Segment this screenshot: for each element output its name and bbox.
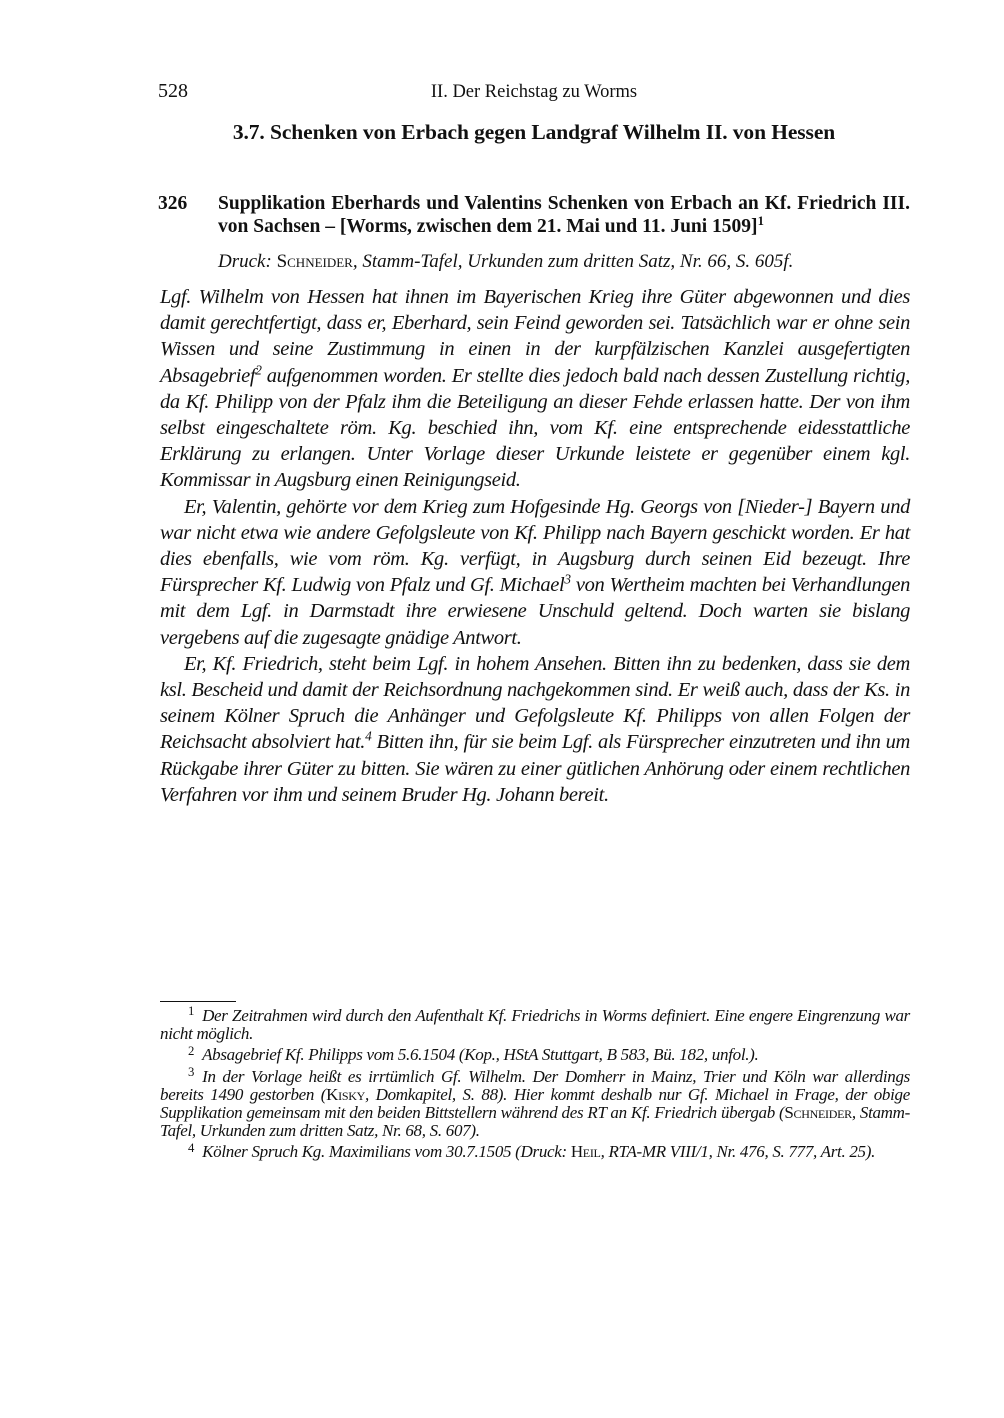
footnote-ref[interactable]: 1: [758, 214, 764, 228]
print-label: Druck:: [218, 251, 272, 272]
footnote-author: Schneider: [784, 1103, 851, 1122]
paragraph-text: aufgenommen worden. Er stellte dies jedo…: [160, 365, 910, 492]
print-reference: Druck: Schneider, Stamm-Tafel, Urkunden …: [218, 250, 910, 274]
section-heading: 3.7. Schenken von Erbach gegen Landgraf …: [158, 120, 910, 145]
print-author: Schneider: [277, 251, 353, 272]
footnote-text: Kölner Spruch Kg. Maximilians vom 30.7.1…: [202, 1142, 571, 1161]
document-title-text: Supplikation Eberhards und Valentins Sch…: [218, 193, 910, 237]
footnote-number: 4: [188, 1141, 194, 1155]
footnote-text: Absagebrief Kf. Philipps vom 5.6.1504 (K…: [202, 1045, 758, 1064]
footnote-3: 3In der Vorlage heißt es irrtümlich Gf. …: [160, 1068, 910, 1141]
book-page: 528 II. Der Reichstag zu Worms 3.7. Sche…: [0, 0, 1004, 1418]
footnote-divider: [160, 1001, 236, 1002]
footnote-text: , RTA-MR VIII/1, Nr. 476, S. 777, Art. 2…: [601, 1142, 876, 1161]
document-number: 326: [158, 192, 187, 215]
footnote-1: 1Der Zeitrahmen wird durch den Aufenthal…: [160, 1007, 910, 1043]
footnote-number: 2: [188, 1044, 194, 1058]
footnote-number: 1: [188, 1004, 194, 1018]
footnote-author: Kisky: [326, 1085, 365, 1104]
running-title: II. Der Reichstag zu Worms: [158, 82, 910, 103]
document-title: Supplikation Eberhards und Valentins Sch…: [218, 192, 910, 238]
footnote-author: Heil: [571, 1142, 601, 1161]
paragraph: Er, Kf. Friedrich, steht beim Lgf. in ho…: [160, 651, 910, 808]
footnotes: 1Der Zeitrahmen wird durch den Aufenthal…: [160, 1007, 910, 1162]
footnote-text: Der Zeitrahmen wird durch den Aufenthalt…: [160, 1006, 910, 1043]
footnote-2: 2Absagebrief Kf. Philipps vom 5.6.1504 (…: [160, 1046, 910, 1064]
running-head: 528 II. Der Reichstag zu Worms: [158, 80, 910, 108]
document-body: Lgf. Wilhelm von Hessen hat ihnen im Bay…: [160, 284, 910, 808]
paragraph: Lgf. Wilhelm von Hessen hat ihnen im Bay…: [160, 284, 910, 494]
print-comma: ,: [353, 251, 363, 272]
footnote-4: 4Kölner Spruch Kg. Maximilians vom 30.7.…: [160, 1143, 910, 1161]
footnote-number: 3: [188, 1065, 194, 1079]
print-details: Stamm-Tafel, Urkunden zum dritten Satz, …: [362, 251, 793, 272]
paragraph: Er, Valentin, gehörte vor dem Krieg zum …: [160, 494, 910, 651]
document-heading: 326 Supplikation Eberhards und Valentins…: [158, 192, 910, 238]
